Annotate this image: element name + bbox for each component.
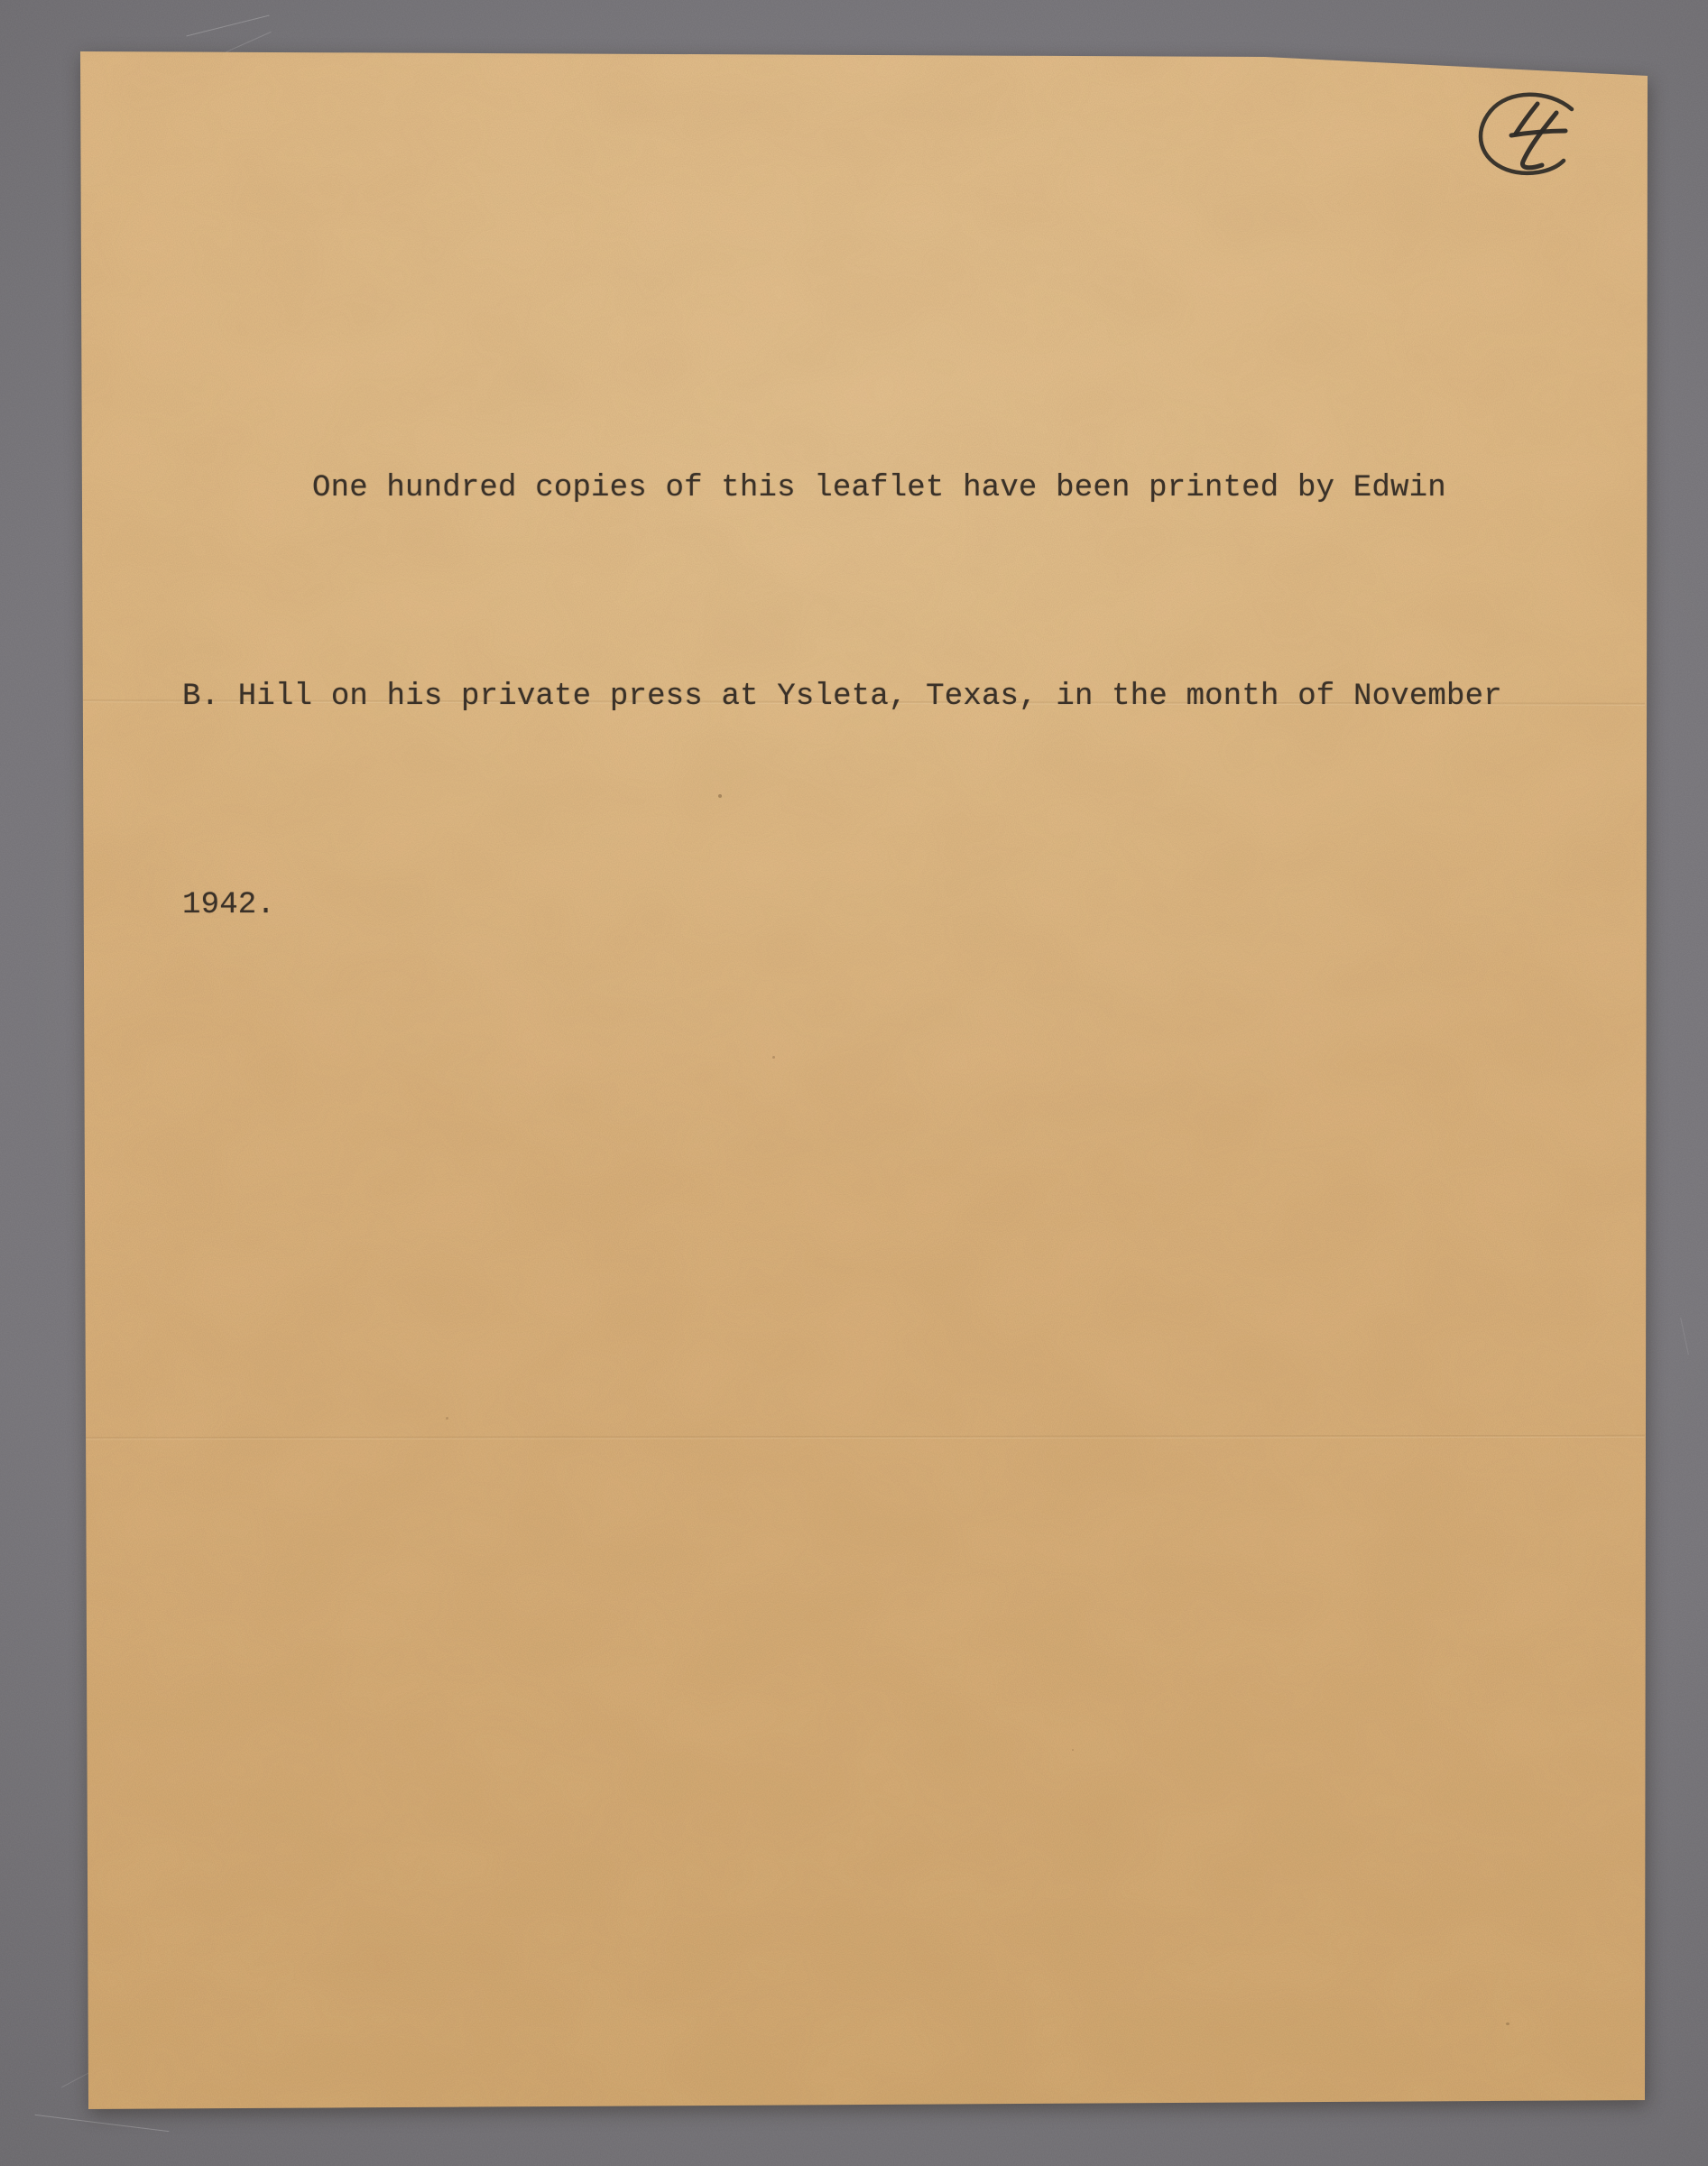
- paper-speck: [1506, 2023, 1510, 2025]
- numeral-4-strokes: [1511, 104, 1565, 168]
- handwritten-circled-number-annotation: [1471, 86, 1588, 180]
- colophon-line-2: B. Hill on his private press at Ysleta, …: [182, 662, 1590, 732]
- document-page: One hundred copies of this leaflet have …: [0, 0, 1708, 2166]
- document-page-wrapper: One hundred copies of this leaflet have …: [0, 0, 1708, 2166]
- scanned-document-image: One hundred copies of this leaflet have …: [0, 0, 1708, 2166]
- colophon-line-3: 1942.: [182, 871, 1590, 940]
- colophon-text-block: One hundred copies of this leaflet have …: [182, 315, 1590, 1079]
- paper-speck: [446, 1417, 448, 1420]
- colophon-line-1: One hundred copies of this leaflet have …: [182, 454, 1590, 523]
- paper-speck: [1072, 1749, 1074, 1751]
